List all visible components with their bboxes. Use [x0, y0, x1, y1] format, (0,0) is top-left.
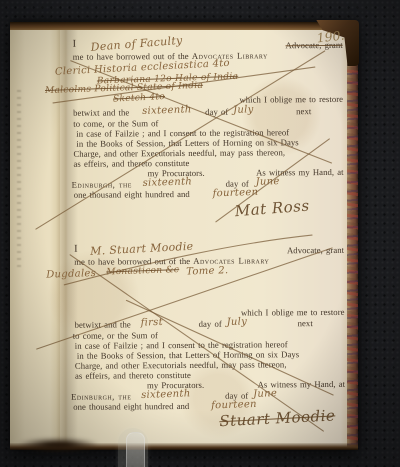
restore-clause: which I oblige me to restore: [241, 307, 345, 318]
page-holder-clip-inner: [126, 432, 145, 467]
pronoun: I: [73, 40, 77, 50]
next-label: next: [298, 318, 313, 328]
signed-day: sixteenth: [141, 388, 191, 401]
due-month: July: [233, 104, 254, 116]
year-prefix: one thousand eight hundred and: [74, 189, 190, 200]
due-month: July: [226, 316, 247, 328]
library-name: Advocates Library: [193, 255, 269, 266]
day-of-label: day of: [205, 107, 228, 117]
edinburgh-label: Edinburgh, the: [71, 391, 131, 401]
advocate-grant-struck: Advocate, grant: [285, 40, 342, 50]
day-of-label: day of: [199, 319, 222, 329]
signed-month: June: [255, 176, 279, 188]
due-day: sixteenth: [142, 104, 192, 117]
betwixt-label: betwixt and the: [75, 319, 131, 329]
next-label: next: [296, 106, 311, 116]
restore-clause: which I oblige me to restore: [239, 94, 343, 105]
to-come-line: to come, or the Sum of: [73, 330, 158, 341]
book-entry-struck: Monasticon &c: [106, 265, 179, 277]
due-day: first: [140, 317, 163, 329]
signature: Mat Ross: [234, 197, 310, 221]
signed-day: sixteenth: [142, 176, 192, 189]
edinburgh-label: Edinburgh, the: [72, 179, 132, 189]
to-come-line: to come, or the Sum of: [73, 118, 158, 129]
signed-year: fourteen: [213, 187, 259, 200]
book: 190. I Dean of Faculty Advocate, grant m…: [10, 22, 358, 450]
photo-background: 190. I Dean of Faculty Advocate, grant m…: [0, 0, 400, 467]
year-prefix: one thousand eight hundred and: [73, 401, 189, 412]
page-content: 190. I Dean of Faculty Advocate, grant m…: [9, 21, 360, 451]
advocate-grant: Advocate, grant: [287, 245, 344, 255]
book-entry: Dugdales: [46, 268, 96, 281]
book-entry: Tome 2.: [186, 265, 228, 277]
signed-year: fourteen: [211, 399, 257, 412]
pronoun: I: [74, 245, 78, 255]
book-entry-struck: Sketch 4to: [113, 92, 165, 105]
betwixt-label: betwixt and the: [73, 107, 129, 117]
